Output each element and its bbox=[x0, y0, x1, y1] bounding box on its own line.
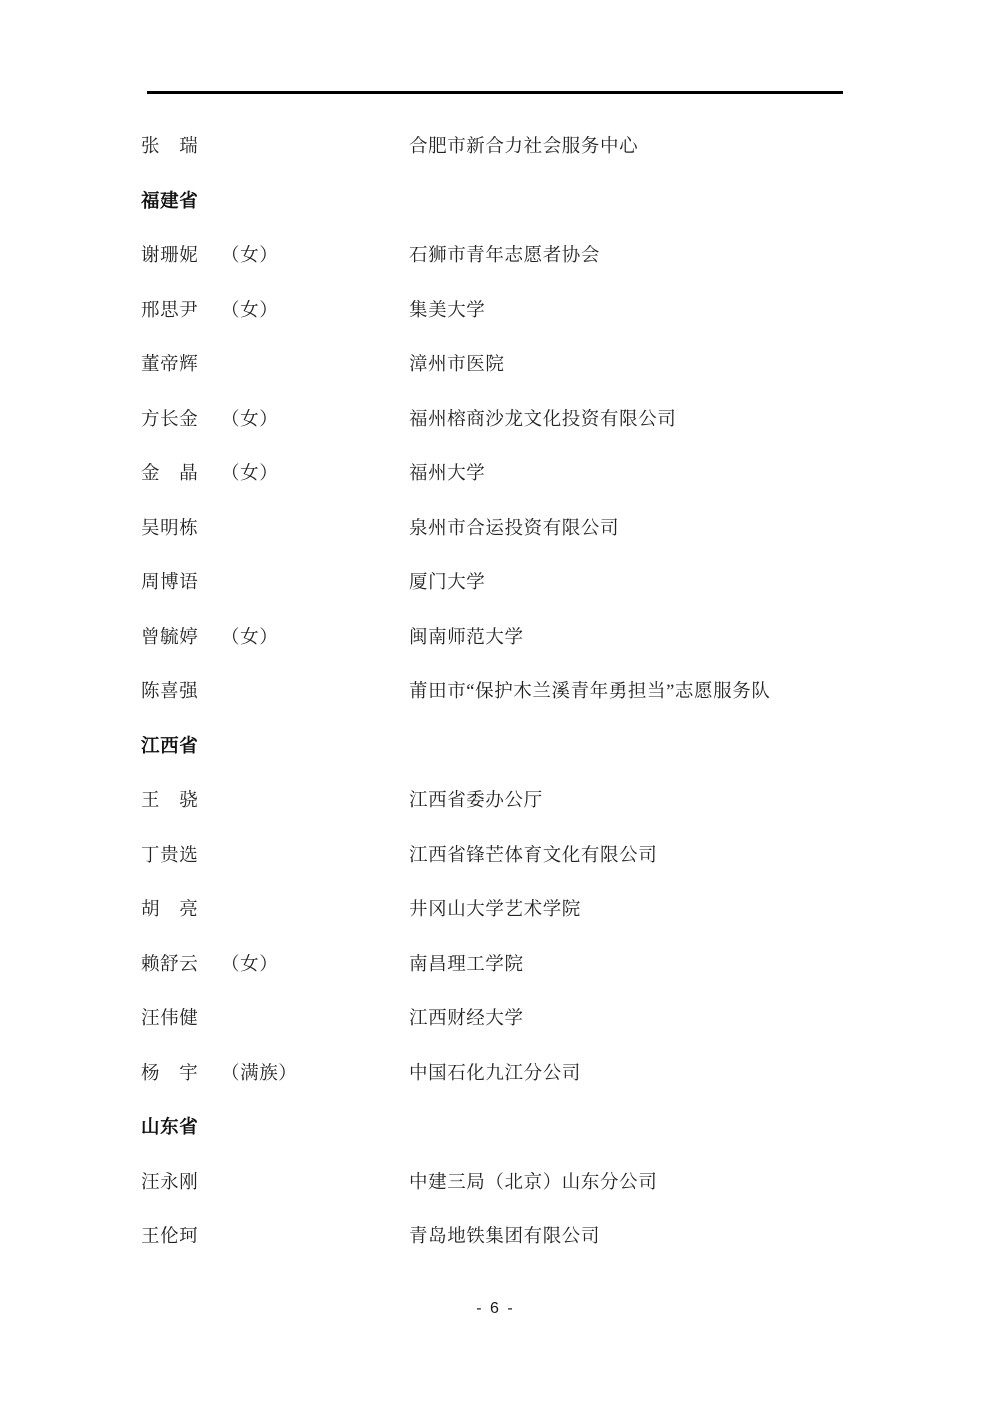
organization-name: 集美大学 bbox=[409, 296, 485, 322]
person-name: 谢珊妮 bbox=[141, 241, 221, 267]
section-header-row: 山东省 bbox=[0, 1099, 991, 1154]
section-header-row: 福建省 bbox=[0, 173, 991, 228]
person-name: 王伦珂 bbox=[141, 1222, 221, 1248]
list-entry-row: 金 晶 （女） 福州大学 bbox=[0, 445, 991, 500]
organization-name: 江西省委办公厅 bbox=[409, 786, 543, 812]
page-number: - 6 - bbox=[0, 1300, 991, 1318]
organization-name: 中国石化九江分公司 bbox=[409, 1059, 581, 1085]
person-name: 金 晶 bbox=[141, 459, 221, 485]
person-name: 周博语 bbox=[141, 568, 221, 594]
list-entry-row: 邢思尹 （女） 集美大学 bbox=[0, 282, 991, 337]
organization-name: 福州榕商沙龙文化投资有限公司 bbox=[409, 405, 676, 431]
person-name: 赖舒云 bbox=[141, 950, 221, 976]
name-org-list: 张 瑞 合肥市新合力社会服务中心 福建省 谢珊妮 （女） 石狮市青年志愿者协会 … bbox=[0, 118, 991, 1263]
list-entry-row: 董帝辉 漳州市医院 bbox=[0, 336, 991, 391]
gender-note: （满族） bbox=[221, 1059, 409, 1085]
person-name: 杨 宇 bbox=[141, 1059, 221, 1085]
organization-name: 石狮市青年志愿者协会 bbox=[409, 241, 600, 267]
gender-note: （女） bbox=[221, 241, 409, 267]
list-entry-row: 方长金 （女） 福州榕商沙龙文化投资有限公司 bbox=[0, 391, 991, 446]
person-name: 王 骁 bbox=[141, 786, 221, 812]
province-section-title: 福建省 bbox=[141, 187, 198, 213]
list-entry-row: 汪伟健 江西财经大学 bbox=[0, 990, 991, 1045]
organization-name: 福州大学 bbox=[409, 459, 485, 485]
person-name: 方长金 bbox=[141, 405, 221, 431]
list-entry-row: 陈喜强 莆田市“保护木兰溪青年勇担当”志愿服务队 bbox=[0, 663, 991, 718]
person-name: 陈喜强 bbox=[141, 677, 221, 703]
list-entry-row: 张 瑞 合肥市新合力社会服务中心 bbox=[0, 118, 991, 173]
person-name: 汪永刚 bbox=[141, 1168, 221, 1194]
organization-name: 中建三局（北京）山东分公司 bbox=[409, 1168, 657, 1194]
gender-note: （女） bbox=[221, 296, 409, 322]
section-header-row: 江西省 bbox=[0, 718, 991, 773]
person-name: 吴明栋 bbox=[141, 514, 221, 540]
organization-name: 井冈山大学艺术学院 bbox=[409, 895, 581, 921]
person-name: 张 瑞 bbox=[141, 132, 221, 158]
header-rule bbox=[147, 91, 843, 94]
person-name: 胡 亮 bbox=[141, 895, 221, 921]
list-entry-row: 赖舒云 （女） 南昌理工学院 bbox=[0, 936, 991, 991]
list-entry-row: 王 骁 江西省委办公厅 bbox=[0, 772, 991, 827]
gender-note: （女） bbox=[221, 950, 409, 976]
organization-name: 莆田市“保护木兰溪青年勇担当”志愿服务队 bbox=[409, 677, 770, 703]
list-entry-row: 谢珊妮 （女） 石狮市青年志愿者协会 bbox=[0, 227, 991, 282]
organization-name: 合肥市新合力社会服务中心 bbox=[409, 132, 638, 158]
organization-name: 江西省锋芒体育文化有限公司 bbox=[409, 841, 657, 867]
list-entry-row: 曾毓婷 （女） 闽南师范大学 bbox=[0, 609, 991, 664]
organization-name: 南昌理工学院 bbox=[409, 950, 524, 976]
gender-note: （女） bbox=[221, 459, 409, 485]
list-entry-row: 汪永刚 中建三局（北京）山东分公司 bbox=[0, 1154, 991, 1209]
organization-name: 青岛地铁集团有限公司 bbox=[409, 1222, 600, 1248]
province-section-title: 江西省 bbox=[141, 732, 198, 758]
list-entry-row: 王伦珂 青岛地铁集团有限公司 bbox=[0, 1208, 991, 1263]
organization-name: 漳州市医院 bbox=[409, 350, 505, 376]
gender-note: （女） bbox=[221, 405, 409, 431]
document-page: 张 瑞 合肥市新合力社会服务中心 福建省 谢珊妮 （女） 石狮市青年志愿者协会 … bbox=[0, 0, 991, 1403]
list-entry-row: 丁贵选 江西省锋芒体育文化有限公司 bbox=[0, 827, 991, 882]
person-name: 丁贵选 bbox=[141, 841, 221, 867]
organization-name: 泉州市合运投资有限公司 bbox=[409, 514, 619, 540]
organization-name: 江西财经大学 bbox=[409, 1004, 524, 1030]
gender-note: （女） bbox=[221, 623, 409, 649]
list-entry-row: 胡 亮 井冈山大学艺术学院 bbox=[0, 881, 991, 936]
person-name: 汪伟健 bbox=[141, 1004, 221, 1030]
person-name: 邢思尹 bbox=[141, 296, 221, 322]
organization-name: 厦门大学 bbox=[409, 568, 485, 594]
person-name: 曾毓婷 bbox=[141, 623, 221, 649]
province-section-title: 山东省 bbox=[141, 1113, 198, 1139]
person-name: 董帝辉 bbox=[141, 350, 221, 376]
list-entry-row: 吴明栋 泉州市合运投资有限公司 bbox=[0, 500, 991, 555]
list-entry-row: 杨 宇 （满族） 中国石化九江分公司 bbox=[0, 1045, 991, 1100]
organization-name: 闽南师范大学 bbox=[409, 623, 524, 649]
list-entry-row: 周博语 厦门大学 bbox=[0, 554, 991, 609]
